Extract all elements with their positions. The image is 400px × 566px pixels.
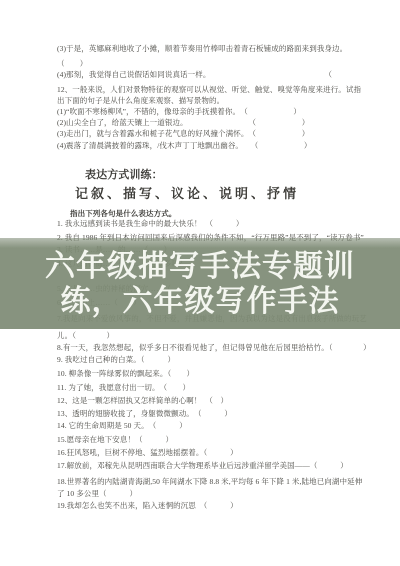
- text-line: 了 10 多公里（ ）: [57, 489, 137, 499]
- text-line: 13、透明的翅膀收拢了，身躯微微颤动。 （ ）: [57, 409, 232, 419]
- text-line: 15.愿母亲在地下安息！（ ）: [57, 435, 173, 445]
- worksheet-page: (3)于是，英娜麻利地收了小摊，顺着节奏用竹棒叩击着青石板铺成的路面来到我身边。…: [0, 0, 400, 566]
- text-line: 10. 柳条像一阵绿雾似的飘起来。（ ）: [57, 369, 194, 379]
- text-line: 14. 它的生命周期是 50 天。 （ ）: [57, 421, 187, 431]
- text-line: 16.狂风怒吼，巨树不停地、猛烈地摇摆着。（ ）: [57, 448, 238, 458]
- text-line: 1. 我永远感到读书是我生命中的最大快乐！ （ ）: [57, 219, 243, 229]
- text-line: 出下面的句子是从什么角度来观察、描写景物的。: [57, 96, 224, 106]
- section-instruction: 指出下列各句是什么表达方式。: [70, 209, 176, 219]
- text-line: (4)那刻，我觉得自己说假话如同说真话一样。 （: [57, 70, 332, 80]
- text-line: 儿。（ ）: [57, 331, 114, 341]
- text-line: 12、这是一颗怎样固执又怎样简单的心啊！ （ ）: [57, 396, 228, 406]
- text-line: (2)山尖全白了，给蓝天镶上一道银边。 （ ）: [57, 118, 309, 128]
- text-line: 19.我却怎么也笑不出来，陷入迷惘的沉思 （ ）: [57, 501, 238, 511]
- watermark-band: 六年级描写手法专题训 练，六年级写作手法: [0, 238, 400, 329]
- text-line: 8.有一天，我忽然想起，似乎多日不很看见他了，但记得曾见他在后园里拾枯竹。（ ）: [57, 343, 371, 353]
- section-subtitle: 记叙、描写、议论、说明、抒情: [75, 186, 299, 202]
- watermark-title-line1: 六年级描写手法专题训: [45, 249, 355, 284]
- section-title: 表达方式训练：: [85, 168, 163, 182]
- text-line: (1)“吹面不寒杨柳风”，不错的，像母亲的手抚摸着你。 （ ）: [57, 107, 301, 117]
- text-line: 9. 我吃过自己种的白菜。（ ）: [57, 355, 175, 365]
- text-line: 17.解放前，邓稼先从昆明西南联合大学物理系毕业后远涉重洋留学美国——（ ）: [57, 461, 348, 471]
- text-line: 18.世界著名的内陆湖青海湖,50 年间湖水下降 8.8 米,平均每 6 年下降…: [57, 477, 362, 487]
- text-line: (4)震落了清晨满披着的露珠，/伐木声丁丁地飘出幽谷。 （ ）: [57, 141, 312, 151]
- text-line: 12、一般来说，人们对景物特征的观察可以从视觉、听觉、触觉、嗅觉等角度来进行。试…: [57, 85, 361, 95]
- text-line: （ ）: [57, 59, 87, 69]
- text-line: (3)走出门，就与含着露水和栀子花气息的好风撞个满怀。 （ ）: [57, 129, 309, 139]
- watermark-title-line2: 练，六年级写作手法: [61, 284, 340, 319]
- text-line: (3)于是，英娜麻利地收了小摊，顺着节奏用竹棒叩击着青石板铺成的路面来到我身边。: [57, 44, 347, 54]
- text-line: 11. 为了她，我愿意付出一切。 （ ）: [57, 383, 190, 393]
